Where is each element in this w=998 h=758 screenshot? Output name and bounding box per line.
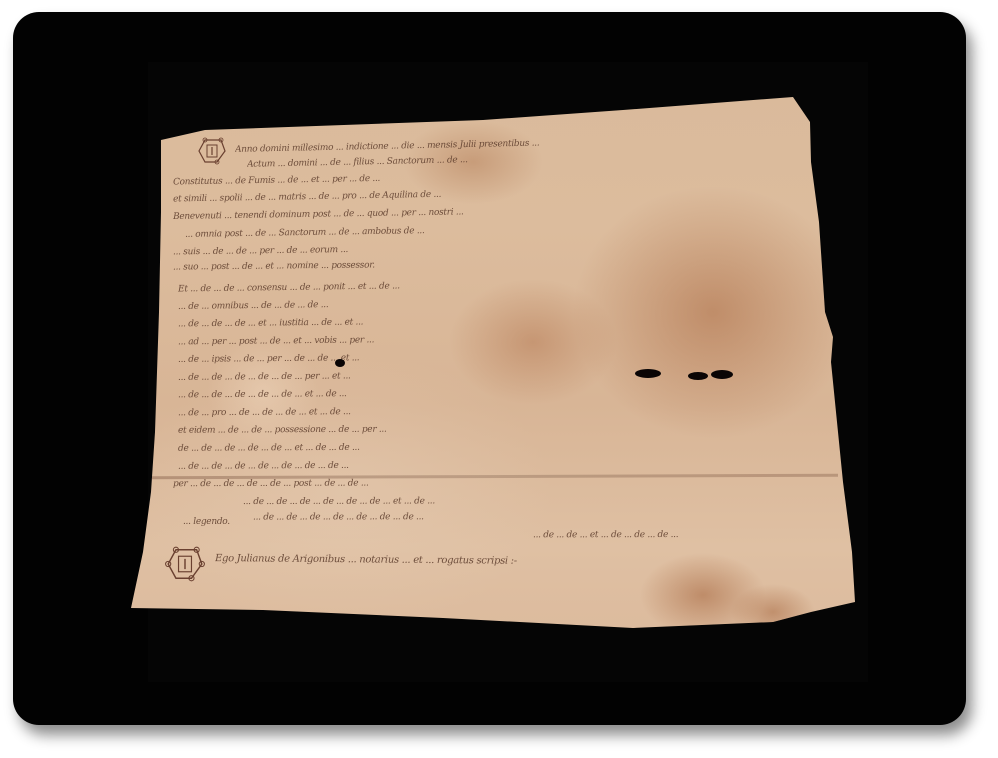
parchment-hole: [711, 370, 733, 379]
manuscript-line: ... de ... de ... et ... de ... de ... d…: [533, 530, 853, 541]
parchment-hole: [335, 359, 345, 367]
photo-frame: Anno domini millesimo ... indictione ...…: [13, 12, 966, 725]
manuscript-line: ... de ... omnibus ... de ... de ... de …: [178, 294, 823, 312]
manuscript-line: ... ad ... per ... post ... de ... et ..…: [178, 331, 828, 348]
manuscript-line: ... de ... de ... de ... et ... iustitia…: [178, 313, 828, 330]
manuscript-line: ... de ... de ... de ... de ... de ... d…: [243, 495, 848, 507]
manuscript-line: de ... de ... de ... de ... de ... et ..…: [178, 440, 843, 453]
manuscript-line: ... suo ... post ... de ... et ... nomin…: [173, 259, 473, 272]
manuscript-line: et eidem ... de ... de ... possessione .…: [178, 422, 843, 435]
manuscript-line: Benevenuti ... tenendi dominum post ... …: [173, 202, 803, 222]
manuscript-line: ... de ... de ... de ... de ... de ... e…: [178, 386, 838, 401]
parchment-hole: [635, 369, 661, 378]
notary-subscription: Ego Julianus de Arigonibus ... notarius …: [215, 552, 655, 569]
notarial-signum-icon: [163, 542, 207, 586]
manuscript-line: ... de ... de ... de ... de ... de ... d…: [253, 511, 848, 522]
manuscript-line: et simili ... spolii ... de ... matris .…: [173, 184, 798, 205]
manuscript-line: ... de ... pro ... de ... de ... de ... …: [178, 404, 838, 419]
manuscript-line: ... de ... ipsis ... de ... per ... de .…: [178, 349, 833, 365]
closing-line: ... legendo.: [183, 517, 253, 527]
notarial-signum-icon: [195, 134, 229, 168]
manuscript-line: ... suis ... de ... de ... per ... de ..…: [173, 239, 808, 258]
manuscript-line: per ... de ... de ... de ... de ... post…: [173, 477, 845, 489]
manuscript-line: ... de ... de ... de ... de ... de ... d…: [178, 458, 846, 471]
manuscript-line: ... omnia post ... de ... Sanctorum ... …: [185, 220, 805, 240]
parchment-hole: [688, 372, 708, 380]
manuscript-line: ... de ... de ... de ... de ... de ... p…: [178, 367, 833, 383]
manuscript-line: Et ... de ... de ... consensu ... de ...…: [178, 276, 818, 295]
